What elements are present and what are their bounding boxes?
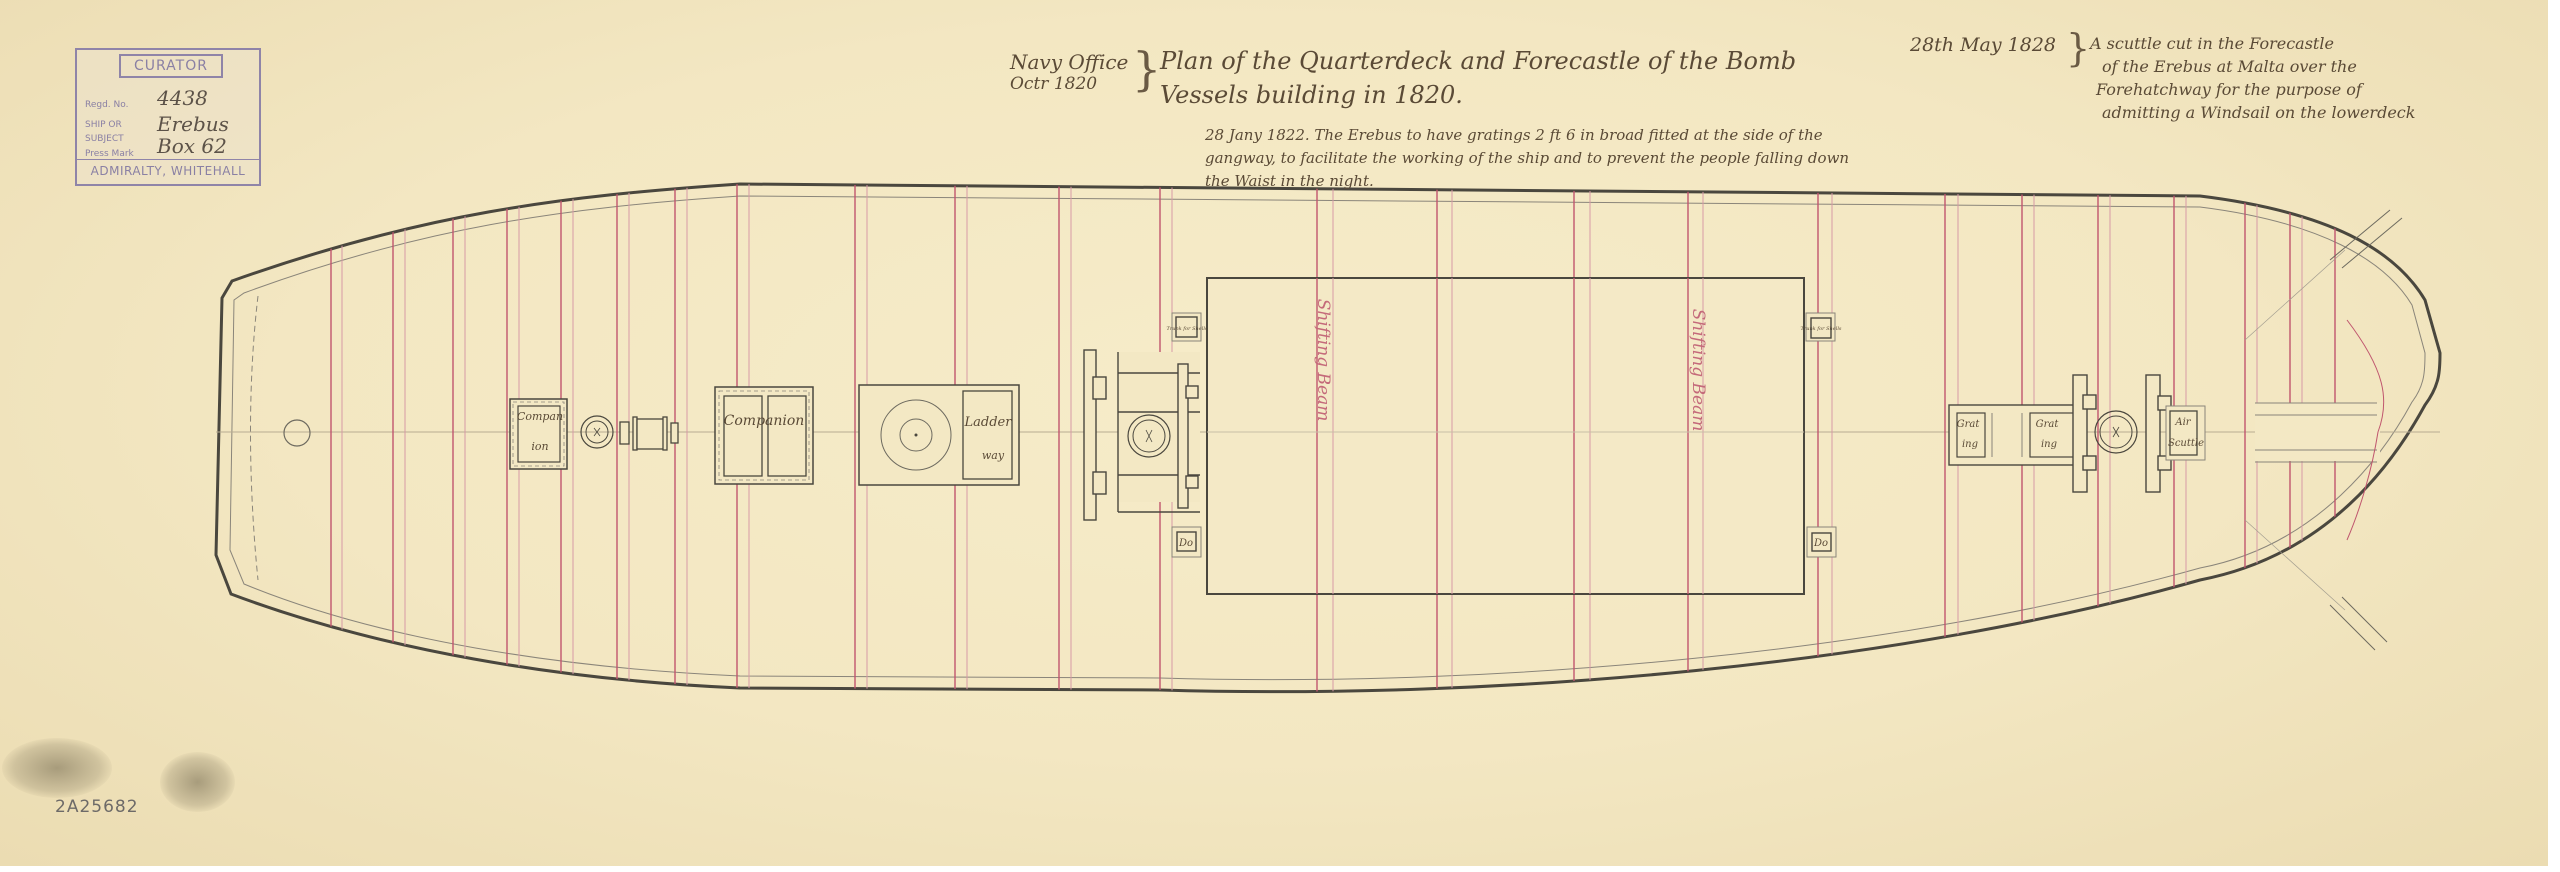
catalogue-number: 2A25682: [55, 797, 139, 817]
gratings-note-line3: the Waist in the night.: [1205, 170, 1849, 193]
stamp-footer: ADMIRALTY, WHITEHALL: [77, 159, 259, 184]
scuttle-note-line4: admitting a Windsail on the lowerdeck: [2090, 101, 2415, 124]
stamp-header: CURATOR: [119, 54, 223, 78]
transom-line: [251, 296, 259, 580]
bow-framing: [2245, 210, 2402, 650]
title-brace: }: [1132, 46, 1161, 92]
ladderway: Ladder way: [859, 385, 1019, 485]
svg-text:Scuttle: Scuttle: [2168, 438, 2204, 449]
small-companion: Compan ion: [510, 399, 567, 469]
svg-text:Trunk for Shells: Trunk for Shells: [1801, 326, 1842, 332]
title-office-line2: Octr 1820: [1010, 74, 1128, 94]
scuttle-note-line1: A scuttle cut in the Forecastle: [2090, 32, 2415, 55]
capstan-aft: [581, 416, 613, 448]
svg-text:way: way: [982, 449, 1005, 462]
stamp-press-label: Press Mark: [85, 149, 134, 159]
scuttle-note-line3: Forehatchway for the purpose of: [2090, 78, 2415, 101]
stain-left: [2, 738, 112, 798]
svg-text:Do: Do: [1813, 538, 1828, 549]
stamp-regd-value: 4438: [157, 86, 208, 110]
trunk-ditto-fore-bottom: Do: [1807, 527, 1836, 557]
svg-text:ing: ing: [1962, 439, 1978, 450]
svg-text:Ladder: Ladder: [964, 415, 1013, 430]
svg-text:Trunk for Shells: Trunk for Shells: [1167, 326, 1208, 332]
curator-stamp: CURATOR Regd. No. 4438 SHIP OR SUBJECT E…: [75, 48, 261, 186]
svg-text:ing: ing: [2041, 439, 2057, 450]
scuttle-note: A scuttle cut in the Forecastle of the E…: [2090, 32, 2415, 124]
svg-text:Compan: Compan: [517, 410, 563, 423]
forward-gratings: Grat ing Grat ing: [1949, 405, 2079, 465]
stamp-ship-value: Erebus: [157, 112, 229, 136]
waist-opening: [1207, 278, 1804, 594]
stamp-press-value: Box 62: [157, 134, 227, 158]
title-office: Navy Office Octr 1820: [1010, 50, 1128, 94]
fore-bitts: [2073, 375, 2171, 492]
trunk-ditto-aft-bottom: Do: [1172, 527, 1201, 557]
air-scuttle: Air Scuttle: [2166, 406, 2205, 460]
svg-text:Companion: Companion: [724, 413, 805, 429]
svg-text:Do: Do: [1178, 538, 1193, 549]
main-capstan-assembly: [1084, 350, 1200, 520]
stamp-ship-label: SHIP OR: [85, 120, 122, 130]
document-title-line2: Vessels building in 1820.: [1160, 78, 1796, 112]
svg-text:Air: Air: [2174, 417, 2191, 428]
shifting-beam-label-1: Shifting Beam: [1313, 299, 1333, 422]
mizzen-mast-circle: [284, 420, 310, 446]
stamp-subject-label: SUBJECT: [85, 134, 124, 144]
svg-text:ion: ion: [531, 440, 548, 453]
shifting-beam-label-2: Shifting Beam: [1688, 309, 1708, 432]
svg-text:Grat: Grat: [2036, 419, 2060, 430]
gratings-note-line2: gangway, to facilitate the working of th…: [1205, 147, 1849, 170]
gratings-note-line1: 28 Jany 1822. The Erebus to have grating…: [1205, 124, 1849, 147]
scuttle-note-date: 28th May 1828: [1910, 34, 2056, 56]
document-title: Plan of the Quarterdeck and Forecastle o…: [1160, 44, 1796, 112]
stamp-regd-label: Regd. No.: [85, 100, 128, 110]
trunk-for-shells-aft-top: Trunk for Shells: [1167, 313, 1208, 341]
gratings-note: 28 Jany 1822. The Erebus to have grating…: [1205, 124, 1849, 193]
stain-right: [160, 752, 235, 812]
trunk-for-shells-fore-top: Trunk for Shells: [1801, 313, 1842, 341]
scuttle-note-brace: }: [2066, 26, 2090, 70]
large-companion: Companion: [715, 387, 813, 484]
title-office-line1: Navy Office: [1010, 50, 1128, 74]
scuttle-note-line2: of the Erebus at Malta over the: [2090, 55, 2415, 78]
svg-text:Grat: Grat: [1957, 419, 1981, 430]
document-title-line1: Plan of the Quarterdeck and Forecastle o…: [1160, 44, 1796, 78]
